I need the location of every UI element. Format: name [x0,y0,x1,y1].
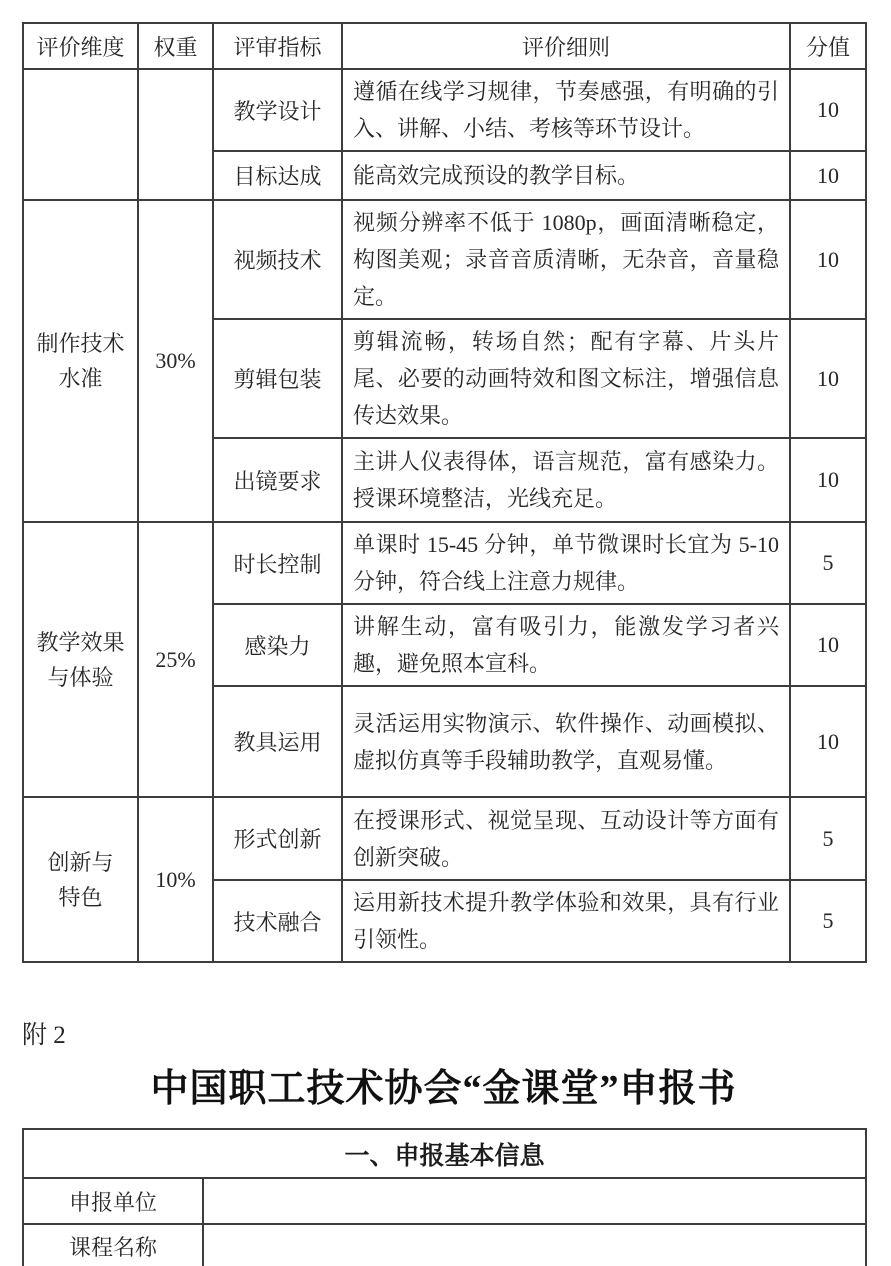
criteria-cell: 视频分辨率不低于 1080p，画面清晰稳定，构图美观；录音音质清晰，无杂音，音量… [342,200,790,319]
score-cell: 10 [790,151,866,200]
indicator-cell: 技术融合 [213,880,342,962]
field-value-applicant-unit [203,1178,866,1224]
column-header-score: 分值 [790,23,866,69]
criteria-cell: 剪辑流畅，转场自然；配有字幕、片头片尾、必要的动画特效和图文标注，增强信息传达效… [342,319,790,438]
table-row: 教学设计 遵循在线学习规律，节奏感强，有明确的引入、讲解、小结、考核等环节设计。… [23,69,866,151]
section-header: 一、申报基本信息 [23,1129,866,1178]
dimension-cell: 教学效果 与体验 [23,522,138,797]
indicator-cell: 剪辑包装 [213,319,342,438]
criteria-cell: 灵活运用实物演示、软件操作、动画模拟、虚拟仿真等手段辅助教学，直观易懂。 [342,686,790,797]
criteria-cell: 运用新技术提升教学体验和效果，具有行业引领性。 [342,880,790,962]
weight-cell: 30% [138,200,213,522]
table-row: 教学效果 与体验 25% 时长控制 单课时 15-45 分钟，单节微课时长宜为 … [23,522,866,604]
score-cell: 10 [790,69,866,151]
indicator-cell: 视频技术 [213,200,342,319]
column-header-indicator: 评审指标 [213,23,342,69]
weight-cell [138,69,213,200]
table-row: 课程名称 [23,1224,866,1266]
indicator-cell: 目标达成 [213,151,342,200]
indicator-cell: 感染力 [213,604,342,686]
indicator-cell: 教学设计 [213,69,342,151]
field-label-applicant-unit: 申报单位 [23,1178,203,1224]
weight-cell: 10% [138,797,213,962]
field-label-course-name: 课程名称 [23,1224,203,1266]
indicator-cell: 时长控制 [213,522,342,604]
dimension-cell: 制作技术 水准 [23,200,138,522]
score-cell: 10 [790,686,866,797]
section-header-row: 一、申报基本信息 [23,1129,866,1178]
criteria-cell: 讲解生动，富有吸引力，能激发学习者兴趣，避免照本宣科。 [342,604,790,686]
table-row: 创新与 特色 10% 形式创新 在授课形式、视觉呈现、互动设计等方面有创新突破。… [23,797,866,880]
basic-info-table: 一、申报基本信息 申报单位 课程名称 [22,1128,867,1266]
column-header-weight: 权重 [138,23,213,69]
criteria-cell: 主讲人仪表得体，语言规范，富有感染力。授课环境整洁，光线充足。 [342,438,790,522]
weight-cell: 25% [138,522,213,797]
criteria-cell: 在授课形式、视觉呈现、互动设计等方面有创新突破。 [342,797,790,880]
score-cell: 10 [790,319,866,438]
dimension-cell [23,69,138,200]
table-row: 申报单位 [23,1178,866,1224]
indicator-cell: 教具运用 [213,686,342,797]
score-cell: 10 [790,604,866,686]
indicator-cell: 形式创新 [213,797,342,880]
attachment-label: 附 2 [22,1021,865,1051]
score-cell: 5 [790,797,866,880]
table-row: 制作技术 水准 30% 视频技术 视频分辨率不低于 1080p，画面清晰稳定，构… [23,200,866,319]
column-header-dimension: 评价维度 [23,23,138,69]
evaluation-rubric-table: 评价维度 权重 评审指标 评价细则 分值 教学设计 遵循在线学习规律，节奏感强，… [22,22,867,963]
criteria-cell: 能高效完成预设的教学目标。 [342,151,790,200]
page-title: 中国职工技术协会“金课堂”申报书 [22,1063,865,1115]
score-cell: 5 [790,522,866,604]
document-page: 评价维度 权重 评审指标 评价细则 分值 教学设计 遵循在线学习规律，节奏感强，… [0,0,891,1266]
criteria-cell: 遵循在线学习规律，节奏感强，有明确的引入、讲解、小结、考核等环节设计。 [342,69,790,151]
column-header-criteria: 评价细则 [342,23,790,69]
rubric-header-row: 评价维度 权重 评审指标 评价细则 分值 [23,23,866,69]
criteria-cell: 单课时 15-45 分钟，单节微课时长宜为 5-10 分钟，符合线上注意力规律。 [342,522,790,604]
score-cell: 10 [790,200,866,319]
score-cell: 10 [790,438,866,522]
indicator-cell: 出镜要求 [213,438,342,522]
score-cell: 5 [790,880,866,962]
field-value-course-name [203,1224,866,1266]
dimension-cell: 创新与 特色 [23,797,138,962]
